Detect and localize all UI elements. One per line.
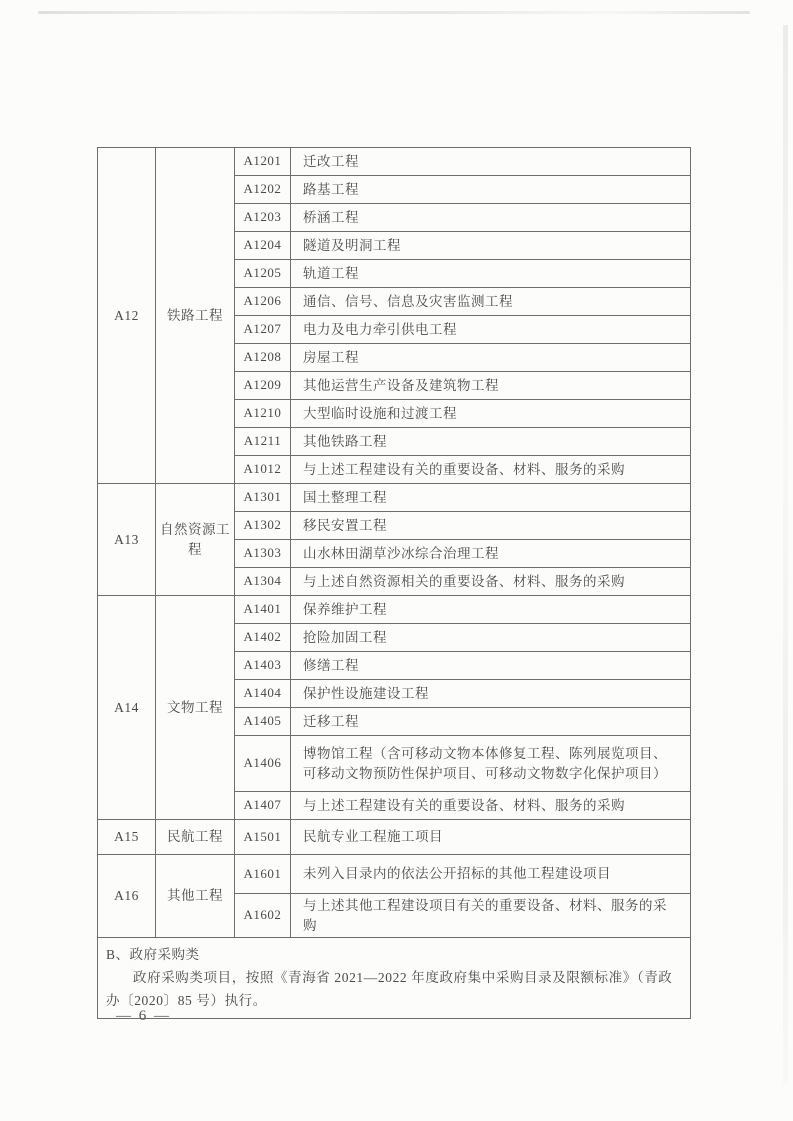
item-code-cell: A1211 (235, 428, 291, 456)
item-code-cell: A1601 (235, 855, 291, 894)
section-category-cell: 铁路工程 (156, 148, 235, 484)
item-desc-cell: 通信、信号、信息及灾害监测工程 (291, 288, 691, 316)
item-desc-cell: 修缮工程 (291, 652, 691, 680)
item-desc-cell: 移民安置工程 (291, 512, 691, 540)
item-desc-cell: 轨道工程 (291, 260, 691, 288)
item-code-cell: A1302 (235, 512, 291, 540)
item-desc-cell: 大型临时设施和过渡工程 (291, 400, 691, 428)
item-code-cell: A1303 (235, 540, 291, 568)
item-code-cell: A1206 (235, 288, 291, 316)
item-desc-cell: 与上述工程建设有关的重要设备、材料、服务的采购 (291, 456, 691, 484)
item-code-cell: A1012 (235, 456, 291, 484)
item-desc-cell: 房屋工程 (291, 344, 691, 372)
item-desc-cell: 其他铁路工程 (291, 428, 691, 456)
table-row: A15 民航工程 A1501 民航专业工程施工项目 (98, 820, 691, 855)
item-desc-cell: 抢险加固工程 (291, 624, 691, 652)
item-desc-cell: 迁改工程 (291, 148, 691, 176)
item-desc-cell: 保养维护工程 (291, 596, 691, 624)
item-code-cell: A1406 (235, 736, 291, 792)
item-desc-cell: 民航专业工程施工项目 (291, 820, 691, 855)
item-desc-cell: 隧道及明洞工程 (291, 232, 691, 260)
item-desc-cell: 与上述自然资源相关的重要设备、材料、服务的采购 (291, 568, 691, 596)
item-code-cell: A1602 (235, 894, 291, 938)
item-desc-cell: 保护性设施建设工程 (291, 680, 691, 708)
footer-section-cell: B、政府采购类 政府采购类项目，按照《青海省 2021—2022 年度政府集中采… (98, 938, 691, 1019)
section-category-cell: 文物工程 (156, 596, 235, 820)
section-code-cell: A13 (98, 484, 156, 596)
item-desc-cell: 桥涵工程 (291, 204, 691, 232)
item-code-cell: A1202 (235, 176, 291, 204)
item-code-cell: A1402 (235, 624, 291, 652)
section-category-cell: 民航工程 (156, 820, 235, 855)
item-code-cell: A1207 (235, 316, 291, 344)
item-code-cell: A1401 (235, 596, 291, 624)
section-category-cell: 自然资源工程 (156, 484, 235, 596)
item-code-cell: A1201 (235, 148, 291, 176)
item-desc-cell: 电力及电力牵引供电工程 (291, 316, 691, 344)
scan-artifact-right (783, 25, 788, 1085)
item-desc-cell: 未列入目录内的依法公开招标的其他工程建设项目 (291, 855, 691, 894)
item-code-cell: A1404 (235, 680, 291, 708)
item-code-cell: A1203 (235, 204, 291, 232)
item-code-cell: A1304 (235, 568, 291, 596)
item-code-cell: A1210 (235, 400, 291, 428)
footer-section-body: 政府采购类项目，按照《青海省 2021—2022 年度政府集中采购目录及限额标准… (106, 966, 680, 1012)
item-desc-cell: 路基工程 (291, 176, 691, 204)
item-code-cell: A1204 (235, 232, 291, 260)
table-row: A14 文物工程 A1401 保养维护工程 (98, 596, 691, 624)
item-desc-cell: 与上述工程建设有关的重要设备、材料、服务的采购 (291, 792, 691, 820)
scan-artifact-top (38, 11, 750, 14)
section-code-cell: A14 (98, 596, 156, 820)
item-code-cell: A1501 (235, 820, 291, 855)
item-desc-cell: 其他运营生产设备及建筑物工程 (291, 372, 691, 400)
footer-section-heading: B、政府采购类 (106, 944, 680, 966)
item-code-cell: A1301 (235, 484, 291, 512)
section-code-cell: A12 (98, 148, 156, 484)
table-row: A13 自然资源工程 A1301 国土整理工程 (98, 484, 691, 512)
item-code-cell: A1405 (235, 708, 291, 736)
table-row: A16 其他工程 A1601 未列入目录内的依法公开招标的其他工程建设项目 (98, 855, 691, 894)
item-code-cell: A1209 (235, 372, 291, 400)
item-desc-cell: 山水林田湖草沙冰综合治理工程 (291, 540, 691, 568)
section-code-cell: A16 (98, 855, 156, 938)
item-desc-cell: 国土整理工程 (291, 484, 691, 512)
item-desc-cell: 与上述其他工程建设项目有关的重要设备、材料、服务的采购 (291, 894, 691, 938)
page-number: — 6 — (116, 1008, 171, 1025)
item-code-cell: A1403 (235, 652, 291, 680)
item-code-cell: A1208 (235, 344, 291, 372)
item-desc-cell: 迁移工程 (291, 708, 691, 736)
item-desc-cell: 博物馆工程（含可移动文物本体修复工程、陈列展览项目、可移动文物预防性保护项目、可… (291, 736, 691, 792)
item-code-cell: A1407 (235, 792, 291, 820)
section-code-cell: A15 (98, 820, 156, 855)
project-classification-table: A12 铁路工程 A1201 迁改工程 A1202 路基工程 A1203 桥涵工… (97, 147, 691, 1019)
table-row: A12 铁路工程 A1201 迁改工程 (98, 148, 691, 176)
item-code-cell: A1205 (235, 260, 291, 288)
section-category-cell: 其他工程 (156, 855, 235, 938)
table-row: B、政府采购类 政府采购类项目，按照《青海省 2021—2022 年度政府集中采… (98, 938, 691, 1019)
